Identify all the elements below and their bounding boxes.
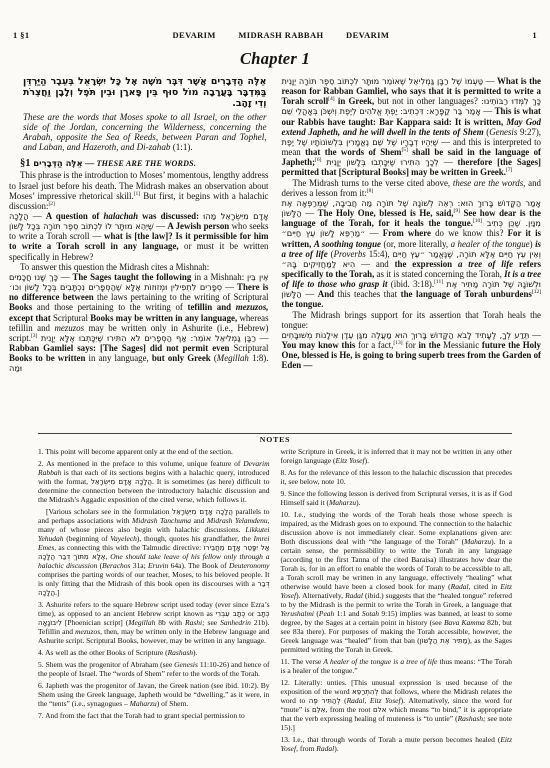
header-title: DEVARIM MIDRASH RABBAH DEVARIM	[163, 30, 400, 40]
gamliel-reason-paragraph: טַּעְמוֹ שֶׁל רַבָּן גַּמְלִיאֵל שֶׁאוֹמ…	[282, 76, 542, 178]
halachah-paragraph: הֲלָכָה — A question of halachah was dis…	[9, 211, 269, 262]
note-8: 8. As for the relevance of this lesson t…	[281, 468, 513, 486]
header-series-title: MIDRASH RABBAH	[238, 30, 323, 40]
note-1: 1. This point will become apparent only …	[38, 447, 270, 456]
note-9: 9. Since the following lesson is derived…	[281, 489, 513, 507]
note-6: 6. Japheth was the progenitor of Javan, …	[38, 681, 270, 708]
note-2-continued: [Various scholars see in the formulation…	[38, 507, 270, 597]
mishnah-paragraph: כָּךְ שָׁנוּ חֲכָמִים — The Sages taught…	[9, 272, 269, 374]
verse-translation: These are the words that Moses spoke to …	[23, 112, 267, 153]
header-book-left: DEVARIM	[173, 30, 216, 40]
note-10: 10. I.e., studying the words of the Tora…	[281, 510, 513, 654]
midrash-turns-line: The Midrash turns to the verse cited abo…	[282, 178, 542, 198]
header-section-ref: 1 §1	[13, 30, 29, 40]
note-4: 4. As well as the other Books of Scriptu…	[38, 648, 270, 657]
book-page: 1 §1 DEVARIM MIDRASH RABBAH DEVARIM 1 Ch…	[0, 0, 550, 768]
hebrew-verse: אֵלֶּה הַדְּבָרִים אֲשֶׁר דִּבֶּר מֹשֶׁה…	[23, 76, 267, 110]
intro-paragraph: This phrase is the introduction to Moses…	[9, 170, 269, 211]
note-12: 12. Literally: unties. [This unusual exp…	[281, 678, 513, 732]
note-11: 11. The verse A healer of the tongue is …	[281, 657, 513, 675]
notes-divider	[38, 433, 512, 434]
notes-left-column: 1. This point will become apparent only …	[38, 447, 270, 756]
section-heading: §1 אֵלֶּה הַדְּבָרִים — THESE ARE THE WO…	[9, 158, 269, 169]
note-3: 3. Ashurite refers to the square Hebrew …	[38, 600, 270, 645]
notes-columns: 1. This point will become apparent only …	[38, 447, 512, 756]
mishnah-intro-line: To answer this question the Midrash cite…	[9, 262, 269, 272]
note-5: 5. Shem was the progenitor of Abraham (s…	[38, 660, 270, 678]
future-trees-paragraph: תֵּדַע לְךָ, לֶעָתִיד לָבֹא הַקָּדוֹשׁ ב…	[282, 330, 542, 371]
header-book-right: DEVARIM	[346, 30, 389, 40]
page-header: 1 §1 DEVARIM MIDRASH RABBAH DEVARIM 1	[0, 0, 550, 40]
note-7-continued: write Scripture in Greek, it is inferred…	[281, 447, 513, 465]
right-column: טַּעְמוֹ שֶׁל רַבָּן גַּמְלִיאֵל שֶׁאוֹמ…	[282, 76, 542, 428]
support-intro-line: The Midrash brings support for its asser…	[282, 310, 542, 330]
note-13: 13. I.e., that through words of Torah a …	[281, 735, 513, 753]
commentary-columns: אֵלֶּה הַדְּבָרִים אֲשֶׁר דִּבֶּר מֹשֶׁה…	[0, 76, 550, 428]
header-page-number: 1	[532, 30, 537, 40]
chapter-title: Chapter 1	[0, 49, 550, 69]
note-7: 7. And from the fact that the Torah had …	[38, 711, 270, 720]
notes-right-column: write Scripture in Greek, it is inferred…	[281, 447, 513, 756]
note-2: 2. As mentioned in the preface to this v…	[38, 459, 270, 504]
notes-label: NOTES	[38, 435, 512, 444]
left-column: אֵלֶּה הַדְּבָרִים אֲשֶׁר דִּבֶּר מֹשֶׁה…	[9, 76, 269, 428]
torah-heals-paragraph: אָמַר הַקָּדוֹשׁ בָּרוּךְ הוּא: רְאֵה לְ…	[282, 198, 542, 310]
notes-section: NOTES 1. This point will become apparent…	[38, 433, 512, 756]
